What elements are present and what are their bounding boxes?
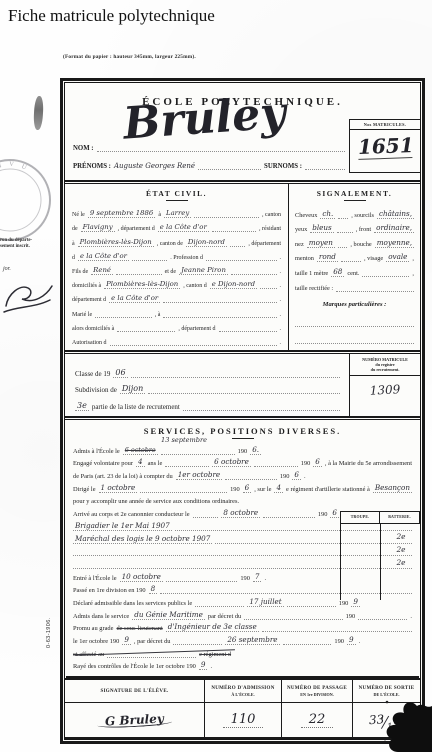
printed-text: Admis dans le service — [73, 613, 129, 620]
recruitment-label-line: du recrutement. — [350, 367, 420, 372]
handwritten-text: 8 — [149, 584, 158, 594]
recruitment-number-box: NUMÉRO MATRICULE du registre du recrutem… — [349, 354, 420, 416]
dotted-blank — [183, 410, 340, 411]
prenoms-value: Auguste Georges René — [114, 162, 195, 170]
handwritten-text: 17 juillet — [247, 597, 283, 607]
printer-code: 0-63-1906. — [46, 617, 52, 648]
form-line: Né le9 septembre 1886àLarrey, canton — [72, 204, 281, 218]
mini-table-header: TROUPE. BATTERIE. — [340, 511, 420, 524]
recruitment-box-label: NUMÉRO MATRICULE du registre du recrutem… — [350, 354, 420, 376]
printed-text: 190 — [301, 460, 311, 467]
form-line: yeuxbleus, frontordinaire, — [295, 219, 414, 234]
form-line: Subdivision deDijon — [75, 378, 340, 395]
matricule-number: 1651 — [358, 133, 413, 160]
dotted-blank — [336, 291, 414, 292]
header-label: NUMÉRO D'ADMISSION — [211, 686, 274, 691]
handwritten-text: ovale — [386, 252, 409, 262]
batterie-column-header: BATTERIE. — [380, 511, 420, 524]
printed-text: cent. — [347, 270, 359, 277]
handwritten-text: Dijon — [120, 384, 145, 394]
printed-text: nez — [295, 241, 304, 248]
printed-text: pour y accomplir une année de service au… — [73, 498, 239, 505]
printed-text: . — [210, 663, 212, 670]
printed-text: le 1er octobre 190 — [73, 638, 119, 645]
printed-text: ans le — [148, 460, 163, 467]
form-line: àPlombières-lès-Dijon, canton deDijon-no… — [72, 232, 281, 246]
form-line: Fils deRenéet deJeanne Piron. — [72, 261, 281, 275]
title-rule — [232, 438, 254, 439]
form-line: taille rectifiée : — [295, 277, 414, 292]
handwritten-text: rond — [317, 252, 338, 262]
handwritten-text: 1 octobre — [99, 483, 138, 493]
printed-text: Déclaré admissible dans les services pub… — [73, 600, 192, 607]
form-line: Admis à l'École le13 septembre6 octobre1… — [73, 442, 412, 455]
title-rule — [344, 200, 366, 201]
batterie-value: 2e — [381, 558, 421, 567]
printed-text: , bouche — [350, 241, 371, 248]
circular-stamp: K N I V U — [0, 154, 56, 246]
prenoms-label: PRÉNOMS : — [73, 163, 111, 170]
handwritten-text: 10 octobre — [120, 572, 163, 582]
marques-label: Marques particulières : — [295, 301, 414, 308]
handwritten-text: 1er octobre — [176, 470, 222, 480]
printed-text: taille rectifiée : — [295, 285, 333, 292]
form-line: et affecté aue régiment d — [73, 645, 412, 658]
handwritten-text: ordinaire, — [374, 223, 414, 233]
handwritten-text: Brigadier le 1er Mai 1907 — [73, 521, 172, 531]
header-sublabel: EN 1re DIVISION. — [300, 692, 333, 697]
svg-text:K N I V U: K N I V U — [0, 161, 30, 184]
form-line: Cheveuxch., sourcilschâtains, — [295, 204, 414, 219]
form-line: mentonrond, visageovale, — [295, 248, 414, 263]
handwritten-text: 4 — [136, 457, 145, 467]
form-line: Dirigé le1 octobre1906, sur le4e régimen… — [73, 480, 412, 493]
handwritten-text: René — [91, 266, 113, 275]
margin-note-jor: jor. — [3, 266, 11, 272]
form-line: Marié le, à. — [72, 303, 281, 317]
form-line: Promu au gradede sous-lieutenantd'Ingéni… — [73, 620, 412, 633]
marques-blank-lines — [295, 310, 414, 344]
form-line: département de la Côte d'or. — [72, 289, 281, 303]
printed-text: Dirigé le — [73, 486, 96, 493]
form-line: de la Côte d'or. Profession d. — [72, 247, 281, 261]
handwritten-text: 9 septembre 1886 — [88, 209, 156, 218]
printed-text: , — [412, 255, 414, 262]
handwritten-text: châtains, — [377, 209, 414, 219]
passage-number-cell: 22 — [282, 703, 353, 737]
handwritten-text: e la Côte d'or — [158, 223, 209, 232]
form-line — [295, 327, 414, 344]
admission-number: 110 — [223, 712, 264, 728]
printed-text: , — [412, 270, 414, 277]
header-sublabel: À L'ÉCOLE. — [231, 692, 254, 697]
header-label: NUMÉRO DE PASSAGE — [287, 686, 347, 691]
printed-text: e régiment d'artillerie stationné à — [286, 486, 370, 493]
handwritten-text: 6 octobre — [212, 457, 251, 467]
signalement-title: SIGNALEMENT. — [295, 189, 414, 198]
form-line: alors domiciliés à, département d. — [72, 318, 281, 332]
services-title: SERVICES, POSITIONS DIVERSES. — [73, 426, 412, 436]
handwritten-text: 6. — [250, 445, 261, 455]
printed-text: Promu au grade — [73, 625, 113, 632]
printed-text: et affecté au — [73, 651, 104, 658]
handwritten-text: 13 septembre — [159, 436, 209, 444]
printed-text: Arrivé au corps et 2e canonnier conducte… — [73, 511, 190, 518]
blank-rule — [305, 169, 345, 170]
printed-text: Cheveux — [295, 212, 317, 219]
form-line: Engagé volontaire pour4ans le6 octobre19… — [73, 455, 412, 468]
prenoms-line: PRÉNOMS : Auguste Georges René SURNOMS : — [73, 162, 345, 170]
nom-line: NOM : — [73, 145, 345, 152]
handwritten-text: 8 octobre — [221, 508, 260, 518]
form-line: taille 1 mètre68cent., — [295, 262, 414, 277]
handwritten-text: 7 — [253, 572, 262, 582]
passage-number: 22 — [301, 712, 334, 728]
printed-text: 190 — [334, 638, 344, 645]
handwritten-text: Besançon — [373, 483, 412, 493]
printed-text: , visage — [364, 255, 383, 262]
handwritten-text: ch. — [320, 209, 335, 219]
handwritten-text: 06 — [113, 368, 127, 378]
batterie-value: 2e — [381, 532, 421, 541]
dotted-blank — [110, 345, 277, 346]
handwritten-text: 6 octobre — [123, 446, 158, 455]
handwritten-text: Plombières-lès-Dijon — [104, 280, 180, 289]
paper-format-note: (Format du papier : hauteur 345mm, large… — [63, 54, 196, 60]
handwritten-text: 6 — [292, 470, 301, 480]
nom-label: NOM : — [73, 145, 94, 152]
matricule-box: Nos MATRICULES. 1651 — [349, 119, 420, 173]
handwritten-text: 6 — [243, 483, 252, 493]
etat-civil-column: ÉTAT CIVIL. Né le9 septembre 1886àLarrey… — [65, 184, 289, 350]
form-line: 3epartie de la liste de recrutement — [75, 394, 340, 411]
handwritten-text: 4 — [274, 483, 283, 493]
handwritten-text: du Génie Maritime — [132, 610, 205, 620]
troupe-batterie-table: TROUPE. BATTERIE. 2e 2e 2e — [340, 511, 420, 600]
document-frame: ÉCOLE POLYTECHNIQUE. Bruley NOM : PRÉNOM… — [64, 82, 421, 740]
dotted-blank — [295, 343, 414, 344]
handwritten-text: 6 — [330, 508, 339, 518]
printed-text: Classe de 19 — [75, 370, 110, 378]
blank-rule — [97, 151, 345, 152]
printed-text: 190 — [238, 448, 248, 455]
ink-blotch — [378, 690, 432, 752]
passage-number-header: NUMÉRO DE PASSAGE EN 1re DIVISION. — [282, 680, 353, 703]
troupe-column-header: TROUPE. — [340, 511, 380, 524]
printed-text: 190 — [230, 486, 240, 493]
printed-text: . — [264, 575, 266, 582]
handwritten-text: 9 — [347, 635, 356, 645]
handwritten-text: Dijon-nord — [186, 238, 227, 247]
handwritten-text: Flavigny — [81, 223, 115, 232]
margin-note-line: sement inscrit. — [0, 244, 55, 250]
printed-text: 190 — [339, 600, 349, 607]
handwritten-text: e la Côte d'or — [109, 294, 160, 303]
printed-text: 190 — [240, 575, 250, 582]
classe-section: Classe de 1906Subdivision deDijon3eparti… — [65, 354, 420, 416]
handwritten-text: Plombières-lès-Dijon — [78, 238, 154, 247]
admission-number-cell: 110 — [205, 703, 282, 737]
printed-text: partie de la liste de recrutement — [92, 403, 180, 411]
bottom-summary-table: SIGNATURE DE L'ÉLÈVE. NUMÉRO D'ADMISSION… — [65, 678, 420, 739]
signalement-column: SIGNALEMENT. Cheveuxch., sourcilschâtain… — [289, 184, 420, 350]
printed-text: , à la Mairie du 5e arrondissement — [325, 460, 412, 467]
handwritten-text: 3e — [75, 401, 89, 411]
blank-rule — [198, 169, 261, 170]
signalement-lines: Cheveuxch., sourcilschâtains,yeuxbleus, … — [295, 204, 414, 292]
civil-signalement-columns: ÉTAT CIVIL. Né le9 septembre 1886àLarrey… — [65, 184, 420, 350]
form-line: Classe de 1906 — [75, 361, 340, 378]
handwritten-text: 6 — [313, 457, 322, 467]
document-header: ÉCOLE POLYTECHNIQUE. Bruley NOM : PRÉNOM… — [65, 83, 420, 180]
printed-text: . — [359, 638, 361, 645]
handwritten-text: 68 — [331, 267, 344, 277]
form-line: domiciliés àPlombières-lès-Dijon, canton… — [72, 275, 281, 289]
header-label: SIGNATURE DE L'ÉLÈVE. — [100, 689, 168, 694]
margin-printed-note: ron du départe- sement inscrit. — [0, 238, 55, 250]
printed-text: Passé en 1re division en 190 — [73, 587, 146, 594]
printed-text: , par décret du — [134, 638, 171, 645]
surnoms-label: SURNOMS : — [264, 163, 302, 170]
printed-text: 190 — [318, 511, 328, 518]
etat-civil-lines: Né le9 septembre 1886àLarrey, cantondeFl… — [72, 204, 281, 346]
printed-text: 190 — [280, 473, 290, 480]
form-line: Autorisation d. — [72, 332, 281, 346]
form-line: Admis dans le servicedu Génie Maritimepa… — [73, 607, 412, 620]
signature-cell: G Bruley — [65, 703, 205, 737]
handwritten-text: Jeanne Piron — [179, 266, 228, 275]
signature-header: SIGNATURE DE L'ÉLÈVE. — [65, 680, 205, 703]
handwritten-text: 9 — [199, 660, 208, 670]
printed-text: Autorisation d — [72, 340, 107, 346]
handwritten-flourish — [0, 276, 56, 320]
printed-text: . — [304, 473, 306, 480]
handwritten-text: moyen — [307, 238, 335, 248]
recruitment-number: 1309 — [350, 381, 421, 399]
classe-lines: Classe de 1906Subdivision deDijon3eparti… — [75, 361, 340, 411]
printed-text: de Paris (art. 23 de la loi) à compter d… — [73, 473, 173, 480]
handwritten-text: 26 septembre — [225, 635, 279, 645]
page-title: Fiche matricule polytechnique — [8, 6, 215, 26]
printed-text: , sur le — [254, 486, 271, 493]
etat-civil-title: ÉTAT CIVIL. — [72, 189, 281, 198]
screenshot-root: Fiche matricule polytechnique (Format du… — [0, 0, 432, 752]
handwritten-text: Larrey — [164, 209, 191, 218]
form-line — [295, 310, 414, 327]
form-line: le 1er octobre 1909, par décret du26 sep… — [73, 632, 412, 645]
form-line: de Paris (art. 23 de la loi) à compter d… — [73, 467, 412, 480]
title-rule — [166, 200, 188, 201]
printed-text: yeux — [295, 226, 307, 233]
matricule-box-label: Nos MATRICULES. — [350, 120, 420, 130]
form-line: Rayé des contrôles de l'École le 1er oct… — [73, 658, 412, 671]
printed-text: , sourcils — [351, 212, 374, 219]
printed-text: 190 — [346, 613, 356, 620]
printed-text: . — [280, 340, 282, 346]
handwritten-text: bleus — [310, 223, 333, 233]
printed-text: Admis à l'École le — [73, 448, 120, 455]
section-divider — [65, 416, 420, 420]
printed-text: Entré à l'École le — [73, 575, 117, 582]
printed-text: , front — [356, 226, 371, 233]
handwritten-text: e Dijon-nord — [210, 280, 257, 289]
batterie-value: 2e — [381, 545, 421, 554]
printed-text: Subdivision de — [75, 386, 117, 394]
printed-text: de sous-lieutenant — [116, 625, 162, 632]
form-line: nezmoyen, bouchemoyenne, — [295, 233, 414, 248]
printed-text: . — [410, 613, 412, 620]
admission-number-header: NUMÉRO D'ADMISSION À L'ÉCOLE. — [205, 680, 282, 703]
printed-text: par décret du — [208, 613, 241, 620]
form-line: pour y accomplir une année de service au… — [73, 493, 412, 506]
handwritten-text: moyenne, — [375, 238, 414, 248]
handwritten-text: Maréchal des logis le 9 octobre 1907 — [73, 534, 212, 544]
handwritten-text: e la Côte d'or — [78, 252, 129, 261]
mini-table-columns: 2e 2e 2e — [340, 524, 420, 600]
printed-text: taille 1 mètre — [295, 270, 328, 277]
printed-text: Rayé des contrôles de l'École le 1er oct… — [73, 663, 196, 670]
handwritten-text: d'Ingénieur de 3e classe — [166, 622, 259, 632]
form-line: deFlavigny, département de la Côte d'or,… — [72, 218, 281, 232]
printed-text: menton — [295, 255, 314, 262]
student-signature: G Bruley — [105, 711, 164, 728]
printed-text: e régiment d — [199, 651, 231, 658]
printed-text: Engagé volontaire pour — [73, 460, 133, 467]
handwritten-text: 9 — [122, 635, 131, 645]
ink-smudge — [33, 96, 44, 130]
